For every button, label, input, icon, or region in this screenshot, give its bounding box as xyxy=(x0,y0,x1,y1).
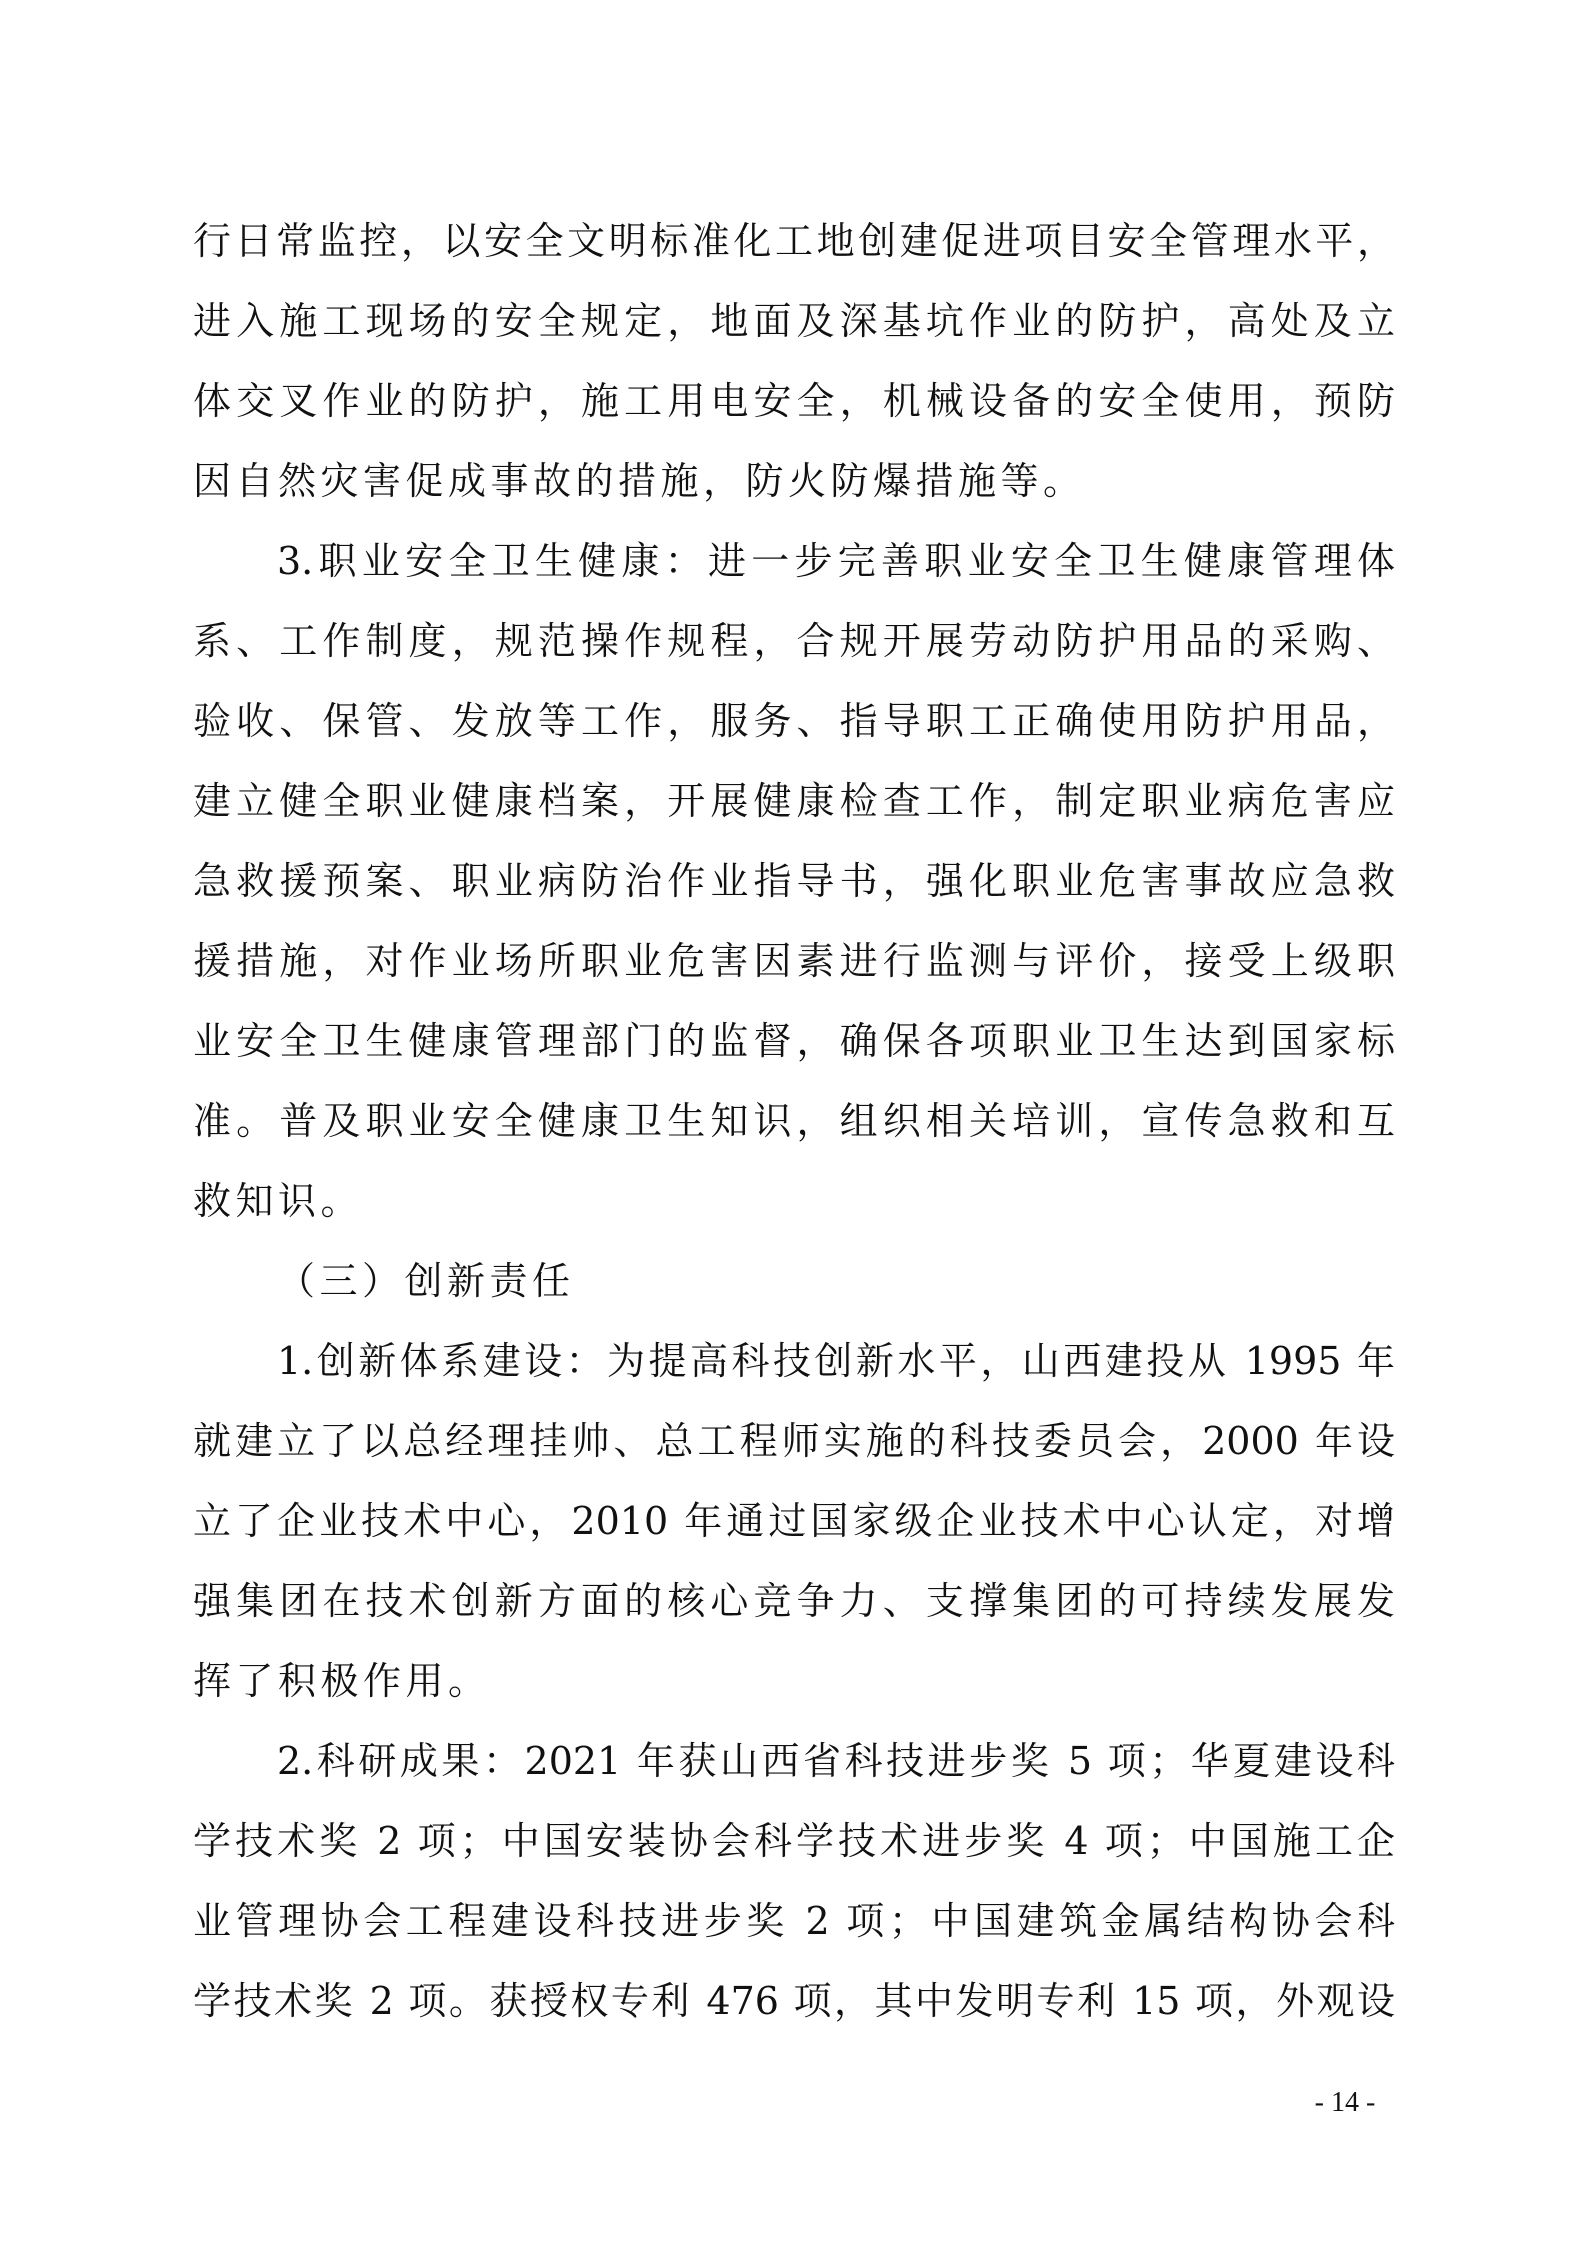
paragraph-first-line: 3.职业安全卫生健康：进一步完善职业安全卫生健康管理体 xyxy=(277,539,1395,583)
text-line: 就建立了以总经理挂帅、总工程师实施的科技委员会，2000 年设 xyxy=(193,1419,1395,1463)
text-line: 急救援预案、职业病防治作业指导书，强化职业危害事故应急救 xyxy=(193,859,1395,903)
text-line: 援措施，对作业场所职业危害因素进行监测与评价，接受上级职 xyxy=(193,939,1395,983)
text-line: 立了企业技术中心，2010 年通过国家级企业技术中心认定，对增 xyxy=(193,1499,1395,1543)
section-heading: （三）创新责任 xyxy=(277,1259,1395,1303)
paragraph-first-line: 1.创新体系建设：为提高科技创新水平，山西建投从 1995 年 xyxy=(277,1339,1395,1383)
text-line: 建立健全职业健康档案，开展健康检查工作，制定职业病危害应 xyxy=(193,779,1395,823)
text-line: 因自然灾害促成事故的措施，防火防爆措施等。 xyxy=(193,459,1395,503)
text-line: 强集团在技术创新方面的核心竞争力、支撑集团的可持续发展发 xyxy=(193,1579,1395,1623)
text-line: 救知识。 xyxy=(193,1179,1395,1223)
text-line: 准。普及职业安全健康卫生知识，组织相关培训，宣传急救和互 xyxy=(193,1099,1395,1143)
page-number: - 14 - xyxy=(1300,2088,1390,2118)
text-line: 业安全卫生健康管理部门的监督，确保各项职业卫生达到国家标 xyxy=(193,1019,1395,1063)
paragraph-first-line: 2.科研成果：2021 年获山西省科技进步奖 5 项；华夏建设科 xyxy=(277,1739,1395,1783)
text-line: 学技术奖 2 项；中国安装协会科学技术进步奖 4 项；中国施工企 xyxy=(193,1819,1395,1863)
text-line: 行日常监控，以安全文明标准化工地创建促进项目安全管理水平， xyxy=(193,219,1395,263)
text-line: 业管理协会工程建设科技进步奖 2 项；中国建筑金属结构协会科 xyxy=(193,1899,1395,1943)
text-line: 系、工作制度，规范操作规程，合规开展劳动防护用品的采购、 xyxy=(193,619,1395,663)
text-line: 验收、保管、发放等工作，服务、指导职工正确使用防护用品， xyxy=(193,699,1395,743)
text-line: 体交叉作业的防护，施工用电安全，机械设备的安全使用，预防 xyxy=(193,379,1395,423)
document-page: 行日常监控，以安全文明标准化工地创建促进项目安全管理水平， 进入施工现场的安全规… xyxy=(0,0,1587,2245)
text-line: 挥了积极作用。 xyxy=(193,1659,1395,1703)
text-line: 进入施工现场的安全规定，地面及深基坑作业的防护，高处及立 xyxy=(193,299,1395,343)
text-line: 学技术奖 2 项。获授权专利 476 项，其中发明专利 15 项，外观设 xyxy=(193,1979,1395,2023)
